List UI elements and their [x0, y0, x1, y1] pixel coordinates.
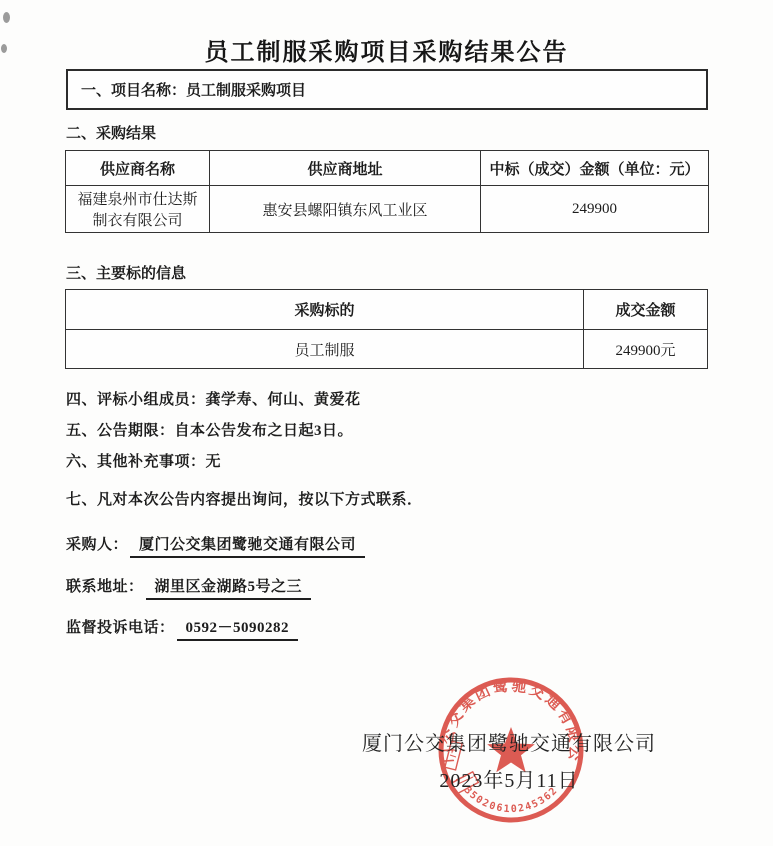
- subject-info-table: 采购标的 成交金额 员工制服 249900元: [65, 289, 708, 369]
- col-header-subject: 采购标的: [66, 290, 584, 330]
- page-title: 员工制服采购项目采购结果公告: [0, 32, 773, 67]
- signature-block: 厦门公交集团鹭驰交通有限公司 2023年5月11日: [359, 727, 659, 793]
- section-heading-subject-info: 三、主要标的信息: [66, 262, 186, 283]
- col-header-award-amount: 中标（成交）金额（单位：元）: [481, 151, 709, 186]
- section-contact-notice: 七、凡对本次公告内容提出询问，按以下方式联系．: [66, 488, 423, 509]
- table-row: 福建泉州市仕达斯制衣有限公司 惠安县螺阳镇东风工业区 249900: [66, 186, 709, 233]
- address-line: 联系地址：湖里区金湖路5号之三: [66, 575, 311, 600]
- section-evaluation-team: 四、评标小组成员：龚学寿、何山、黄爱花: [66, 388, 361, 409]
- col-header-deal-amount: 成交金额: [584, 290, 708, 330]
- procurement-result-table: 供应商名称 供应商地址 中标（成交）金额（单位：元） 福建泉州市仕达斯制衣有限公…: [65, 150, 709, 233]
- signature-company: 厦门公交集团鹭驰交通有限公司: [359, 727, 659, 756]
- cell-supplier-address: 惠安县螺阳镇东风工业区: [210, 186, 481, 233]
- table-header-row: 供应商名称 供应商地址 中标（成交）金额（单位：元）: [66, 151, 709, 186]
- table-row: 员工制服 249900元: [66, 330, 708, 369]
- buyer-line: 采购人：厦门公交集团鹭驰交通有限公司: [66, 533, 365, 558]
- col-header-supplier-address: 供应商地址: [210, 151, 481, 186]
- section-announcement-period: 五、公告期限：自本公告发布之日起3日。: [66, 419, 353, 440]
- cell-award-amount: 249900: [481, 186, 709, 233]
- section-project-name-text: 一、项目名称：员工制服采购项目: [81, 79, 306, 100]
- section-heading-procurement-result: 二、采购结果: [66, 122, 156, 143]
- scan-smudge: [3, 12, 10, 23]
- buyer-value: 厦门公交集团鹭驰交通有限公司: [130, 533, 365, 558]
- cell-subject: 员工制服: [66, 330, 584, 369]
- buyer-label: 采购人：: [66, 537, 128, 553]
- address-label: 联系地址：: [66, 579, 144, 595]
- table-header-row: 采购标的 成交金额: [66, 290, 708, 330]
- section-project-name-box: 一、项目名称：员工制服采购项目: [66, 69, 708, 110]
- phone-value: 0592－5090282: [177, 616, 299, 641]
- signature-date: 2023年5月11日: [359, 764, 659, 793]
- col-header-supplier-name: 供应商名称: [66, 151, 210, 186]
- address-value: 湖里区金湖路5号之三: [146, 575, 312, 600]
- cell-deal-amount: 249900元: [584, 330, 708, 369]
- phone-line: 监督投诉电话：0592－5090282: [66, 616, 298, 641]
- cell-supplier-name: 福建泉州市仕达斯制衣有限公司: [66, 186, 210, 233]
- section-other-matters: 六、其他补充事项：无: [66, 450, 221, 471]
- phone-label: 监督投诉电话：: [66, 620, 175, 636]
